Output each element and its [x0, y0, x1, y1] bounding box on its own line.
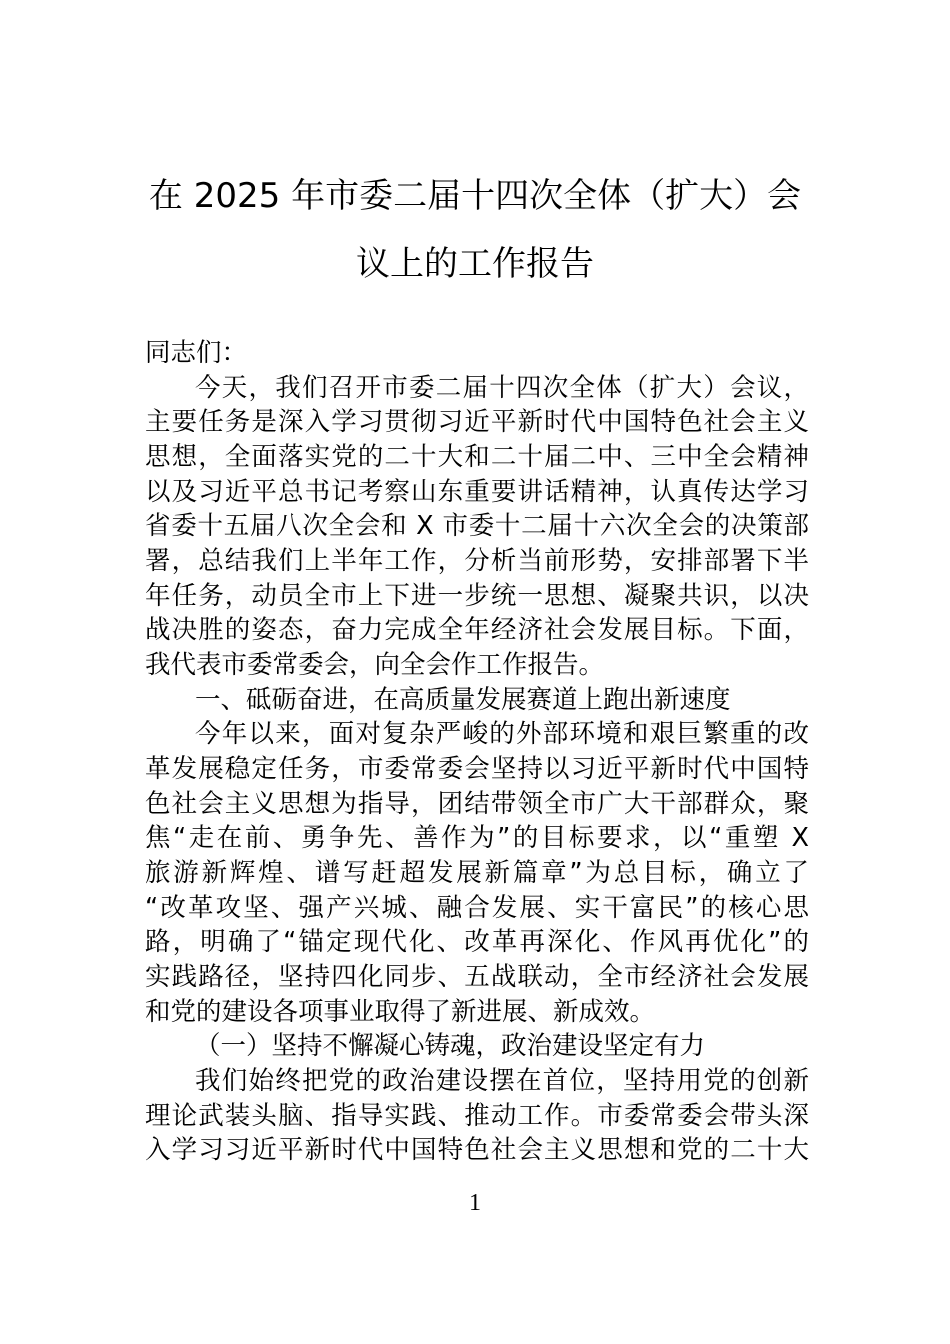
paragraph-line: 和党的建设各项事业取得了新进展、新成效。	[145, 996, 809, 1028]
paragraph-line: 路，明确了“锚定现代化、改革再深化、作风再优化”的	[145, 926, 809, 958]
salutation: 同志们：	[145, 337, 809, 369]
paragraph-line: 年任务，动员全市上下进一步统一思想、凝聚共识，以决	[145, 580, 809, 612]
paragraph-line: 焦“走在前、勇争先、善作为”的目标要求，以“重塑 X	[145, 822, 809, 854]
paragraph-line: 今年以来，面对复杂严峻的外部环境和艰巨繁重的改	[145, 718, 809, 750]
page-number: 1	[0, 1188, 950, 1218]
paragraph-line: 思想，全面落实党的二十大和二十届二中、三中全会精神	[145, 441, 809, 473]
paragraph-line: 理论武装头脑、指导实践、推动工作。市委常委会带头深	[145, 1100, 809, 1132]
document-title-line-1: 在 2025 年市委二届十四次全体（扩大）会	[0, 176, 950, 216]
paragraph-line: 旅游新辉煌、谱写赶超发展新篇章”为总目标，确立了	[145, 857, 809, 889]
paragraph-line: 入学习习近平新时代中国特色社会主义思想和党的二十大	[145, 1134, 809, 1166]
subsection-heading-1: （一）坚持不懈凝心铸魂，政治建设坚定有力	[145, 1030, 809, 1062]
paragraph-line: 革发展稳定任务，市委常委会坚持以习近平新时代中国特	[145, 753, 809, 785]
paragraph-line: 省委十五届八次全会和 X 市委十二届十六次全会的决策部	[145, 510, 809, 542]
paragraph-line: 我代表市委常委会，向全会作工作报告。	[145, 649, 809, 681]
paragraph-line: 色社会主义思想为指导，团结带领全市广大干部群众，聚	[145, 788, 809, 820]
paragraph-line: 今天，我们召开市委二届十四次全体（扩大）会议，	[145, 372, 809, 404]
document-page: 在 2025 年市委二届十四次全体（扩大）会 议上的工作报告 同志们： 今天，我…	[0, 0, 950, 1344]
paragraph-line: 以及习近平总书记考察山东重要讲话精神，认真传达学习	[145, 476, 809, 508]
paragraph-line: 主要任务是深入学习贯彻习近平新时代中国特色社会主义	[145, 406, 809, 438]
paragraph-line: 我们始终把党的政治建设摆在首位，坚持用党的创新	[145, 1065, 809, 1097]
paragraph-line: 战决胜的姿态，奋力完成全年经济社会发展目标。下面，	[145, 614, 809, 646]
paragraph-line: 署，总结我们上半年工作，分析当前形势，安排部署下半	[145, 545, 809, 577]
document-title-line-2: 议上的工作报告	[0, 244, 950, 284]
paragraph-line: “改革攻坚、强产兴城、融合发展、实干富民”的核心思	[145, 892, 809, 924]
section-heading-1: 一、砥砺奋进，在高质量发展赛道上跑出新速度	[145, 684, 809, 716]
paragraph-line: 实践路径，坚持四化同步、五战联动，全市经济社会发展	[145, 961, 809, 993]
